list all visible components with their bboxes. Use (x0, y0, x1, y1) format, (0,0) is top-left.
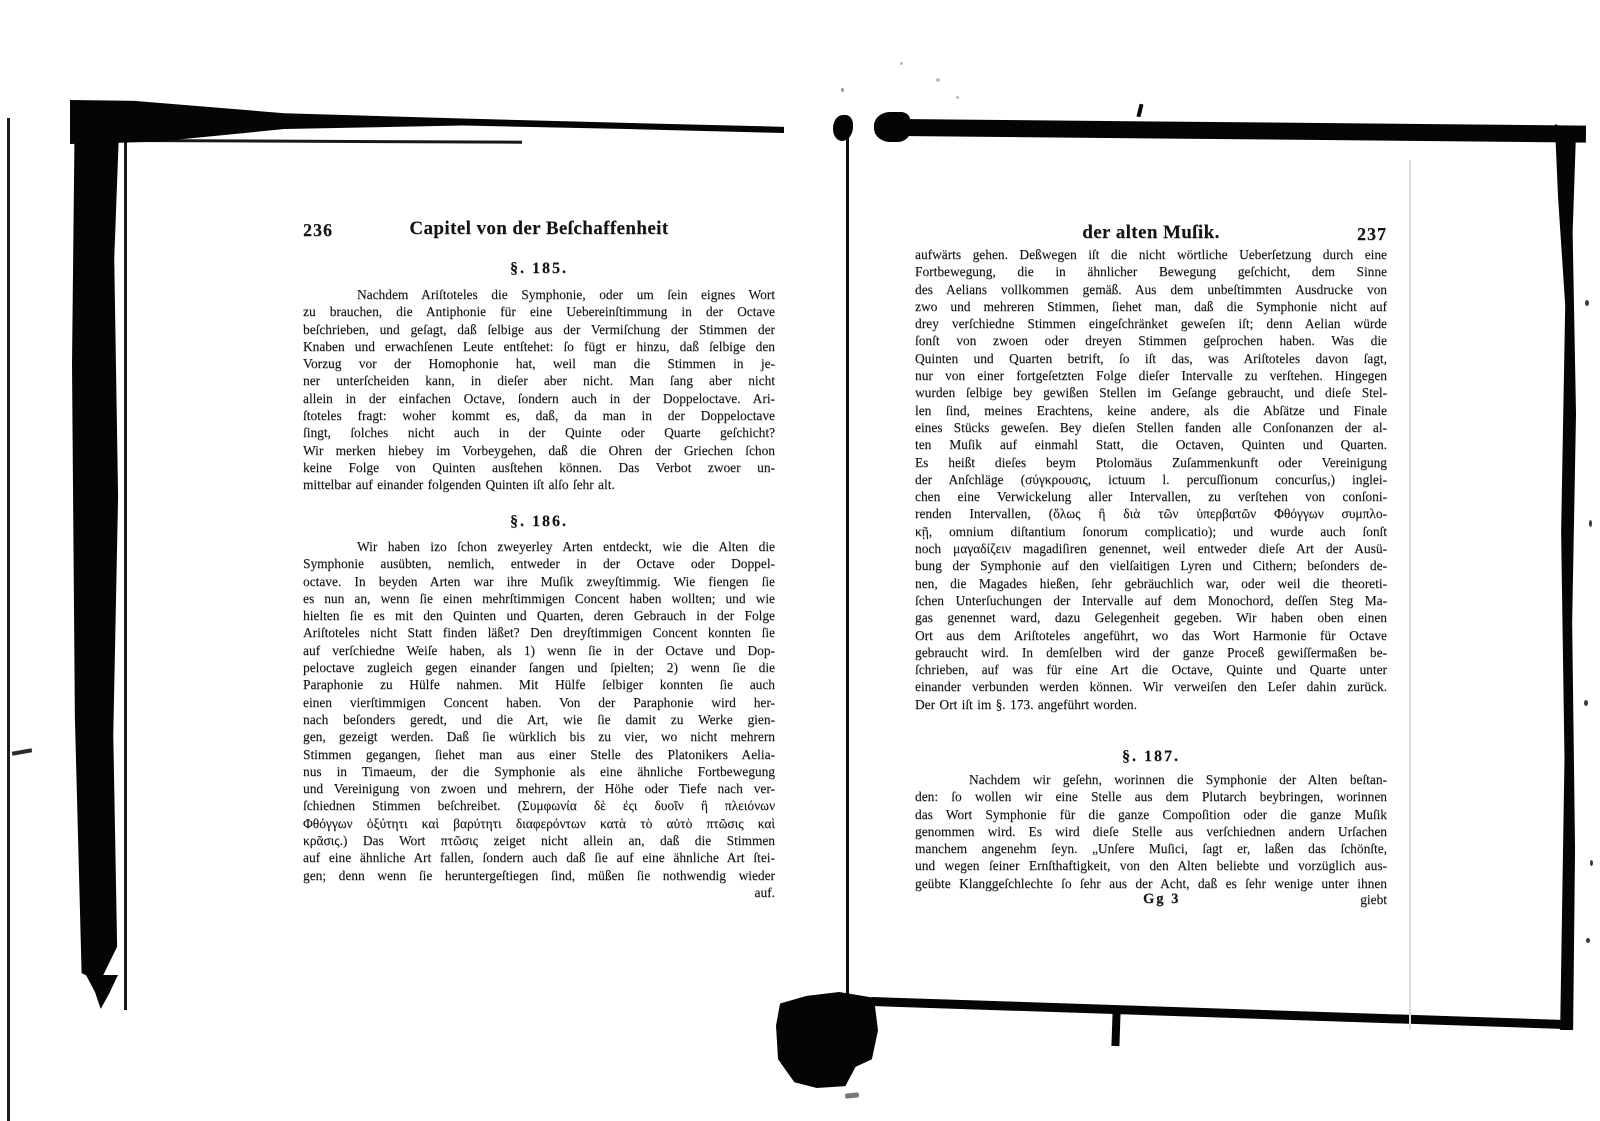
signature-row: Gg 3 giebt (915, 891, 1387, 909)
text-line: nen, die Magades hießen, ſehr gebräuchli… (915, 575, 1387, 592)
scan-artifact-right-edge-bar (1552, 124, 1576, 1030)
scan-artifact-gutter-line (846, 130, 849, 996)
text-line: nach beſonders geredt, und die Art, wie … (303, 711, 775, 728)
paragraph-185: Nachdem Ariſtoteles die Symphonie, oder … (303, 286, 775, 494)
scan-artifact-left-bar-tail (86, 975, 118, 1009)
text-line: renden Intervallen, (ὅλως ἢ διὰ τῶν ὑπερ… (915, 505, 1387, 522)
scan-speck (956, 96, 959, 99)
text-line: Der Ort iſt im §. 173. angeführt worden. (915, 696, 1387, 713)
text-line: das Wort Symphonie für die ganze Compoſi… (915, 806, 1387, 823)
scan-speck (841, 88, 844, 92)
text-line: einander verbunden werden können. Wir ve… (915, 678, 1387, 695)
page-number-left: 236 (303, 220, 333, 241)
text-line: ner unterſcheiden kann, in dieſer aber n… (303, 372, 775, 389)
scan-artifact-bottom-tick (1111, 1012, 1120, 1046)
text-line: drey verſchiedne Stimmen eingeſchränket … (915, 315, 1387, 332)
gathering-signature: Gg 3 (1143, 891, 1180, 908)
text-line: ſonſt von zwoen oder dreyen Stimmen geſp… (915, 332, 1387, 349)
text-line: ten Muſik auf einmahl Statt, die Octaven… (915, 436, 1387, 453)
text-line: Wir merken hiebey im Vorbeygehen, daß di… (303, 442, 775, 459)
text-line: ſchen Unterſuchungen der Intervalle auf … (915, 592, 1387, 609)
text-line: geübte Klanggeſchlechte ſo ſehr aus der … (915, 875, 1387, 892)
paragraph-186: Wir haben izo ſchon zweyerley Arten entd… (303, 538, 775, 884)
running-title-left: Capitel von der Beſchaffenheit (409, 218, 668, 239)
section-heading-187: §. 187. (915, 748, 1387, 766)
text-line: Es heißt dieſes beym Ptolomäus Zuſammenk… (915, 454, 1387, 471)
text-line: aufwärts gehen. Deßwegen iſt die nicht w… (915, 246, 1387, 263)
paragraph-187: Nachdem wir geſehn, worinnen die Symphon… (915, 771, 1387, 892)
text-line: mittelbar auf einander folgenden Quinten… (303, 476, 775, 493)
scan-speck (1590, 860, 1593, 866)
text-line: len ſind, meines Erachtens, keine andere… (915, 402, 1387, 419)
page-right-237: der alten Muſik. 237 aufwärts gehen. Deß… (915, 222, 1387, 942)
text-line: auf eine ähnliche Art fallen, ſondern au… (303, 849, 775, 866)
text-line: beſchrieben, und geſagt, daß ſelbige aus… (303, 321, 775, 338)
catchword-right: giebt (1360, 891, 1387, 908)
scan-artifact-gutter-blob (833, 115, 853, 141)
scan-speck (900, 62, 903, 65)
text-line: nus in Timaeum, der die Symphonie als ei… (303, 763, 775, 780)
text-line: Wir haben izo ſchon zweyerley Arten entd… (303, 538, 775, 555)
scan-artifact-bottom-edge-line (872, 997, 1572, 1029)
text-line: noch μαγαδίζειν magadiſiren genennet, we… (915, 540, 1387, 557)
text-line: ſtoteles fragt: woher kommt es, daß, da … (303, 407, 775, 424)
text-line: ſingt, ſolches nicht auch in der Quinte … (303, 424, 775, 441)
page-left-236: 236 Capitel von der Beſchaffenheit §. 18… (303, 218, 775, 918)
text-line: peloctave zugleich gegen einander ſangen… (303, 659, 775, 676)
text-line: bung der Symphonie auf den vielſaitigen … (915, 557, 1387, 574)
text-line: und wegen ſeiner Ernſthaftigkeit, von de… (915, 857, 1387, 874)
scan-artifact-left-top-band (70, 100, 784, 144)
page-header-right: der alten Muſik. 237 (915, 222, 1387, 248)
text-line: genommen wird. Es wird dieſe Stelle aus … (915, 823, 1387, 840)
text-line: Ariſtoteles nicht Statt finden läßet? De… (303, 624, 775, 641)
scan-speck (1585, 300, 1589, 306)
text-line: einen vierſtimmigen Concent haben. Von d… (303, 694, 775, 711)
scan-artifact-left-binding-bar (72, 100, 120, 982)
scan-artifact-bottom-ink-blob (776, 992, 878, 1088)
scan-artifact-left-edge-line (7, 118, 10, 1121)
text-line: Nachdem Ariſtoteles die Symphonie, oder … (303, 286, 775, 303)
section-heading-186: §. 186. (303, 513, 775, 531)
text-line: Knaben und erwachſenen Leute entſtehet: … (303, 338, 775, 355)
text-line: Fortbewegung, die in ähnlicher Bewegung … (915, 263, 1387, 280)
text-line: des Aelians vollkommen gemäß. Aus dem un… (915, 281, 1387, 298)
text-line: gen, gezeigt werden. Daß ſie würklich bi… (303, 728, 775, 745)
scan-speck (1584, 700, 1588, 706)
text-line: zwo und mehreren Stimmen, ſiehet man, da… (915, 298, 1387, 315)
text-line: ſchiednen Stimmen beſchreibet. (Συμφωνία… (303, 797, 775, 814)
paragraph-186-continuation: aufwärts gehen. Deßwegen iſt die nicht w… (915, 246, 1387, 713)
text-line: ſchrieben, auf was für eine Art die Octa… (915, 661, 1387, 678)
text-line: Stimmen gegangen, ſiehet man aus einer S… (303, 746, 775, 763)
text-line: Symphonie ausübten, nemlich, entweder in… (303, 555, 775, 572)
text-line: gas genennet ward, dazu Gelegenheit gege… (915, 609, 1387, 626)
text-line: gebraucht wird. In demſelben wird der ga… (915, 644, 1387, 661)
text-line: κρᾶσις.) Das Wort πτῶσις zeiget nicht al… (303, 832, 775, 849)
text-line: Quinten und Quarten betrift, ſo iſt das,… (915, 350, 1387, 367)
scan-speck (1589, 520, 1592, 527)
text-line: chen eine Verwickelung aller Intervallen… (915, 488, 1387, 505)
text-line: Φθόγγων ὀξύτητι καὶ βαρύτητι διαφερόντων… (303, 815, 775, 832)
catchword-left: auf. (755, 884, 775, 901)
text-line: den: ſo wollen wir eine Stelle aus dem P… (915, 788, 1387, 805)
text-line: und Vereinigung von zwoen und mehrern, d… (303, 780, 775, 797)
scan-artifact-right-top-band (900, 119, 1586, 143)
section-heading-185: §. 185. (303, 260, 775, 278)
page-number-right: 237 (1357, 224, 1387, 245)
text-line: der Anſchläge (σύγκρουσις, ictuum l. per… (915, 471, 1387, 488)
scan-artifact-faint-right-line (1409, 160, 1411, 1030)
text-line: Paraphonie zu Hülfe nahmen. Mit Hülfe ſe… (303, 676, 775, 693)
text-line: allein in der einfachen Octave, ſondern … (303, 390, 775, 407)
text-line: zu brauchen, die Antiphonie für eine Ueb… (303, 303, 775, 320)
text-line: keine Folge von Quinten ausſtehen können… (303, 459, 775, 476)
text-line: κῇ, omnium diſtantium ſonorum complicati… (915, 523, 1387, 540)
scan-artifact-left-page-top-edge (127, 139, 522, 144)
scan-artifact-left-page-edge (124, 142, 127, 1010)
running-title-right: der alten Muſik. (1082, 222, 1219, 243)
text-line: gen; denn wenn ſie heruntergeſtiegen ſin… (303, 867, 775, 884)
scan-speck (1586, 938, 1590, 943)
text-line: octave. In beyden Arten war ihre Muſik z… (303, 573, 775, 590)
text-line: Vorzug vor der Homophonie hat, weil man … (303, 355, 775, 372)
text-line: es nun an, wenn ſie einen mehrſtimmigen … (303, 590, 775, 607)
text-line: Ort aus dem Ariſtoteles angeführt, wo da… (915, 627, 1387, 644)
scan-speck (936, 78, 940, 82)
text-line: auf verſchiedne Weiſe haben, als 1) wenn… (303, 642, 775, 659)
text-line: Nachdem wir geſehn, worinnen die Symphon… (915, 771, 1387, 788)
text-line: wurden ſelbige bey gewißen Stellen im Ge… (915, 384, 1387, 401)
text-line: nur von einer fortgeſetzten Folge dieſer… (915, 367, 1387, 384)
text-line: manchem angenehm ſeyn. „Unſere Muſici, ſ… (915, 840, 1387, 857)
scan-artifact-left-dash (12, 748, 32, 755)
text-line: hielten ſie es mit den Quinten und Quart… (303, 607, 775, 624)
scan-speck (845, 1092, 859, 1098)
text-line: eines Stücks geweſen. Bey dieſen Stellen… (915, 419, 1387, 436)
page-header-left: 236 Capitel von der Beſchaffenheit (303, 218, 775, 244)
scanned-book-spread: 236 Capitel von der Beſchaffenheit §. 18… (0, 0, 1600, 1121)
scan-artifact-top-tick (1136, 104, 1143, 118)
